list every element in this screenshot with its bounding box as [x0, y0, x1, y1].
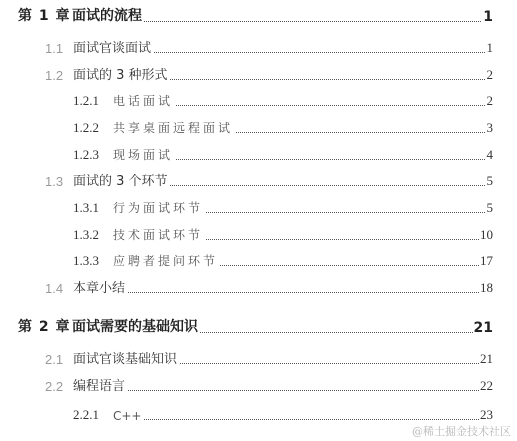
toc-number: 1.2.3	[73, 147, 99, 163]
toc-subsection-1-2-3[interactable]: 1.2.3 现场面试 4	[0, 145, 517, 165]
dot-leader	[168, 105, 487, 106]
toc-number: 2.1	[45, 352, 63, 367]
toc-number: 2.2	[45, 379, 63, 394]
toc-subsection-1-2-2[interactable]: 1.2.2 共享桌面远程面试 3	[0, 118, 517, 138]
toc-page-number: 1	[482, 9, 493, 25]
toc-page-number: 21	[473, 320, 493, 336]
toc-section-1-3[interactable]: 1.3 面试的 3 个环节 5	[0, 171, 517, 191]
toc-section-1-2[interactable]: 1.2 面试的 3 种形式 2	[0, 65, 517, 85]
toc-section-1-4[interactable]: 1.4 本章小结 18	[0, 278, 517, 298]
toc-subsection-1-3-2[interactable]: 1.3.2 技术面试环节 10	[0, 225, 517, 245]
toc-number: 1.3.3	[73, 253, 99, 269]
watermark: @稀土掘金技术社区	[412, 423, 511, 439]
dot-leader	[128, 292, 481, 293]
toc-title: 面试官谈基础知识	[73, 348, 179, 367]
toc-section-1-1[interactable]: 1.1 面试官谈面试 1	[0, 38, 517, 58]
toc-subsection-1-2-1[interactable]: 1.2.1 电话面试 2	[0, 91, 517, 111]
toc-page-number: 10	[479, 227, 493, 243]
toc-number: 第 2 章	[18, 316, 71, 336]
toc-title: 面试的 3 种形式	[73, 64, 170, 83]
toc-number: 1.3.1	[73, 200, 99, 216]
table-of-contents: 第 1 章 面试的流程 1 1.1 面试官谈面试 1 1.2 面试的 3 种形式…	[0, 0, 517, 441]
toc-page-number: 18	[479, 280, 493, 296]
toc-number: 1.4	[45, 281, 63, 296]
toc-page-number: 17	[479, 253, 493, 269]
dot-leader	[128, 390, 479, 391]
toc-page-number: 4	[486, 147, 494, 163]
dot-leader	[168, 185, 487, 186]
dot-leader	[180, 363, 479, 364]
toc-number: 1.2.1	[73, 93, 99, 109]
dot-leader	[208, 265, 481, 266]
toc-chapter-2[interactable]: 第 2 章 面试需要的基础知识 21	[0, 318, 517, 338]
toc-section-2-2[interactable]: 2.2 编程语言 22	[0, 376, 517, 396]
toc-title: 共享桌面远程面试	[113, 119, 235, 136]
dot-leader	[165, 79, 487, 80]
toc-title: 面试的 3 个环节	[73, 170, 170, 189]
dot-leader	[140, 21, 485, 22]
toc-number: 第 1 章	[18, 5, 71, 25]
toc-title: 面试的流程	[72, 5, 144, 25]
toc-title: 面试官谈面试	[73, 37, 153, 56]
toc-page-number: 23	[479, 407, 493, 423]
toc-subsection-1-3-3[interactable]: 1.3.3 应聘者提问环节 17	[0, 251, 517, 271]
toc-page-number: 2	[486, 67, 494, 83]
toc-page-number: 22	[479, 378, 493, 394]
dot-leader	[195, 239, 481, 240]
toc-number: 1.2.2	[73, 120, 99, 136]
toc-subsection-2-2-1[interactable]: 2.2.1 C++ 23	[0, 405, 517, 425]
toc-page-number: 1	[486, 40, 494, 56]
toc-subsection-1-3-1[interactable]: 1.3.1 行为面试环节 5	[0, 198, 517, 218]
toc-title: 技术面试环节	[113, 226, 205, 243]
toc-number: 1.3.2	[73, 227, 99, 243]
dot-leader	[138, 419, 479, 420]
dot-leader	[222, 132, 487, 133]
toc-title: 本章小结	[73, 277, 127, 296]
toc-number: 1.1	[45, 41, 63, 56]
dot-leader	[168, 159, 487, 160]
toc-number: 1.2	[45, 68, 63, 83]
toc-page-number: 3	[486, 120, 494, 136]
toc-title: 面试需要的基础知识	[72, 316, 200, 336]
toc-section-2-1[interactable]: 2.1 面试官谈基础知识 21	[0, 349, 517, 369]
toc-page-number: 2	[486, 93, 494, 109]
dot-leader	[150, 52, 487, 53]
toc-number: 1.3	[45, 174, 63, 189]
toc-title: 现场面试	[113, 146, 175, 163]
toc-page-number: 21	[479, 351, 493, 367]
toc-title: 行为面试环节	[113, 199, 205, 216]
toc-page-number: 5	[486, 173, 494, 189]
dot-leader	[192, 332, 477, 333]
toc-chapter-1[interactable]: 第 1 章 面试的流程 1	[0, 7, 517, 27]
toc-title: 应聘者提问环节	[113, 252, 220, 269]
dot-leader	[195, 212, 487, 213]
toc-number: 2.2.1	[73, 407, 99, 423]
toc-title: C++	[113, 409, 144, 423]
toc-page-number: 5	[486, 200, 494, 216]
toc-title: 电话面试	[113, 92, 175, 109]
toc-title: 编程语言	[73, 375, 127, 394]
